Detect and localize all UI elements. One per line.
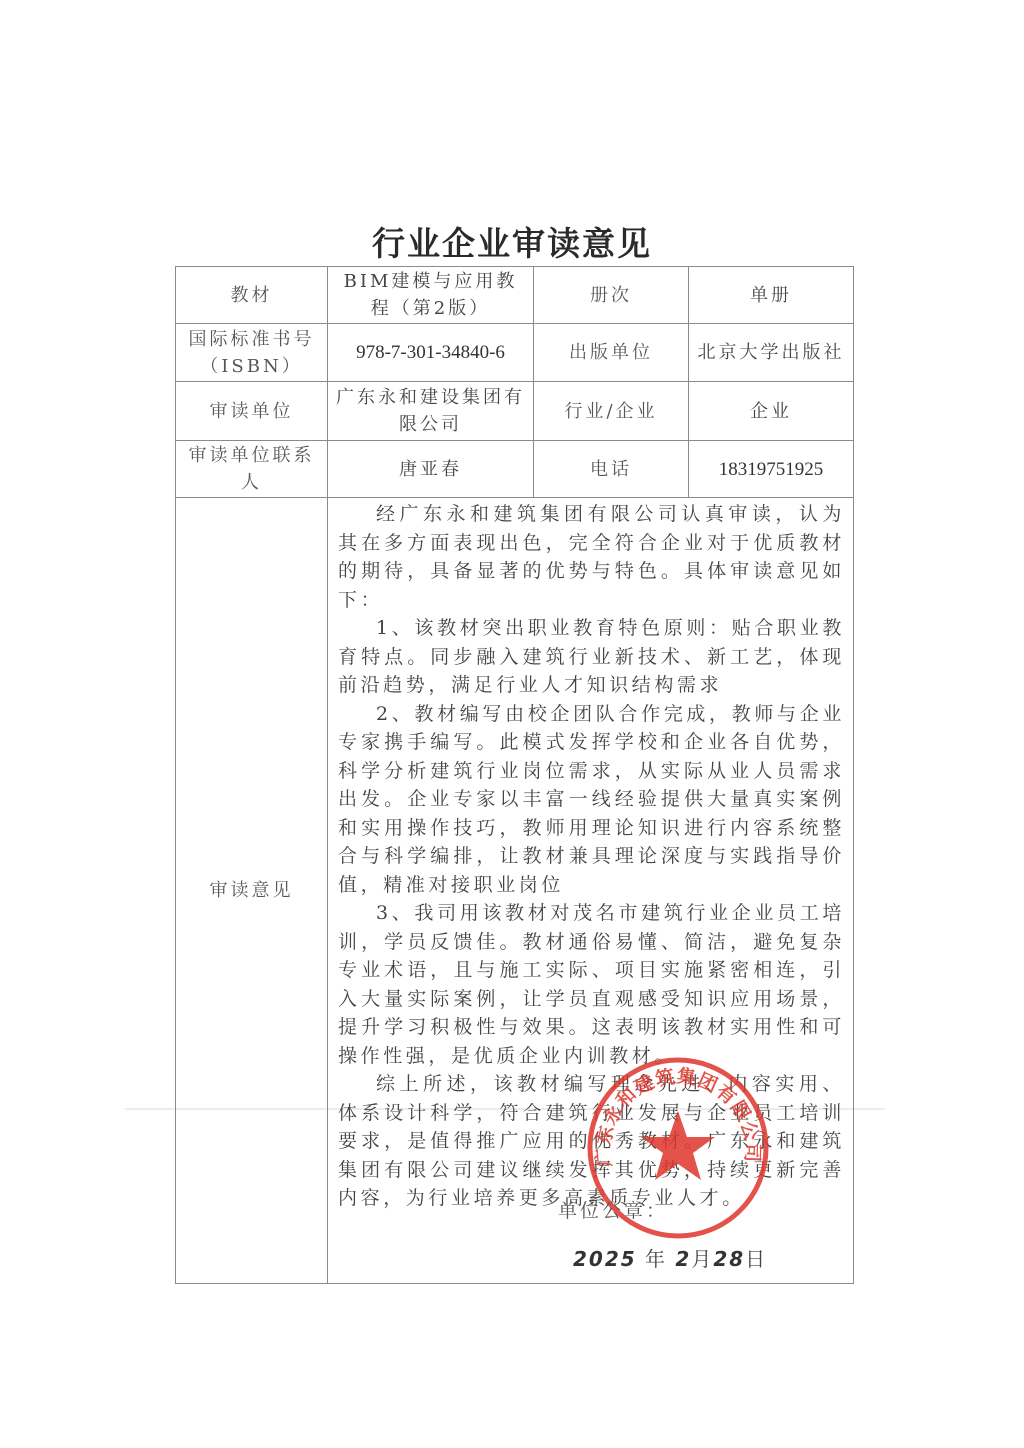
opinion-paragraph-intro: 经广东永和建筑集团有限公司认真审读，认为其在多方面表现出色，完全符合企业对于优质… [338,500,845,614]
value-isbn: 978-7-301-34840-6 [328,324,534,382]
label-textbook: 教材 [176,267,328,324]
date-month-suffix: 月 [691,1247,713,1271]
label-contact-person: 审读单位联系人 [176,441,328,498]
opinion-text: 经广东永和建筑集团有限公司认真审读，认为其在多方面表现出色，完全符合企业对于优质… [338,500,845,1213]
review-form-table: 教材 BIM建模与应用教程（第2版） 册次 单册 国际标准书号（ISBN） 97… [175,266,854,1284]
value-industry-enterprise: 企业 [689,382,854,441]
value-textbook: BIM建模与应用教程（第2版） [328,267,534,324]
table-row-contact: 审读单位联系人 唐亚春 电话 18319751925 [176,441,854,498]
opinion-paragraph-2: 2、教材编写由校企团队合作完成，教师与企业专家携手编写。此模式发挥学校和企业各自… [338,700,845,900]
date-day: 28 [713,1247,745,1271]
value-phone: 18319751925 [689,441,854,498]
table-row-reviewer: 审读单位 广东永和建设集团有限公司 行业/企业 企业 [176,382,854,441]
opinion-paragraph-1: 1、该教材突出职业教育特色原则：贴合职业教育特点。同步融入建筑行业新技术、新工艺… [338,614,845,700]
seal-label: 单位公章： [558,1198,668,1225]
table-row-isbn: 国际标准书号（ISBN） 978-7-301-34840-6 出版单位 北京大学… [176,324,854,382]
date-day-suffix: 日 [745,1247,767,1271]
page-title: 行业企业审读意见 [0,218,1024,265]
opinion-paragraph-summary: 综上所述，该教材编写理念先进、内容实用、体系设计科学，符合建筑行业发展与企业员工… [338,1070,845,1213]
table-row-textbook: 教材 BIM建模与应用教程（第2版） 册次 单册 [176,267,854,324]
date-year: 2025 [573,1247,637,1271]
label-opinion: 审读意见 [176,498,328,1284]
label-phone: 电话 [534,441,689,498]
value-volume: 单册 [689,267,854,324]
label-volume: 册次 [534,267,689,324]
label-publisher: 出版单位 [534,324,689,382]
label-industry-enterprise: 行业/企业 [534,382,689,441]
date-year-suffix: 年 [645,1247,667,1271]
label-reviewer-unit: 审读单位 [176,382,328,441]
value-publisher: 北京大学出版社 [689,324,854,382]
opinion-paragraph-3: 3、我司用该教材对茂名市建筑行业企业员工培训，学员反馈佳。教材通俗易懂、简洁，避… [338,899,845,1070]
value-contact-person: 唐亚春 [328,441,534,498]
label-isbn: 国际标准书号（ISBN） [176,324,328,382]
value-reviewer-unit: 广东永和建设集团有限公司 [328,382,534,441]
date-month: 2 [675,1247,691,1271]
table-row-opinion: 审读意见 经广东永和建筑集团有限公司认真审读，认为其在多方面表现出色，完全符合企… [176,498,854,1284]
opinion-cell: 经广东永和建筑集团有限公司认真审读，认为其在多方面表现出色，完全符合企业对于优质… [328,498,854,1284]
signature-date: 2025 年 2月28日 [573,1246,767,1273]
